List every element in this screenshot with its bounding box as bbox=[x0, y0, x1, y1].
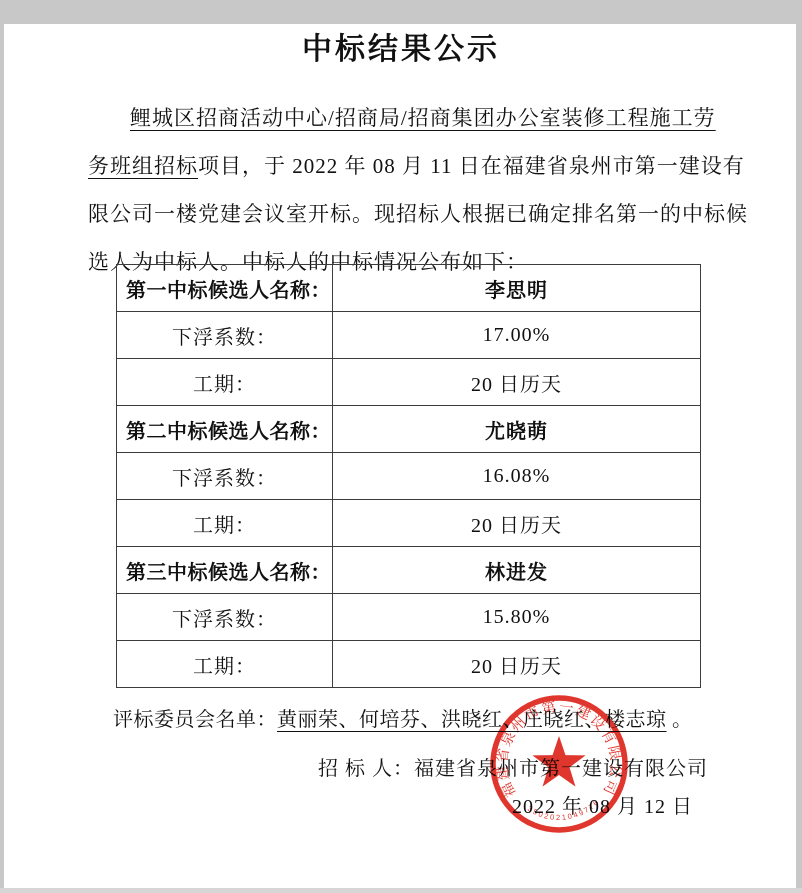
row-label: 工期： bbox=[117, 500, 333, 547]
row-value: 林进发 bbox=[333, 547, 701, 594]
row-value: 20 日历天 bbox=[333, 500, 701, 547]
row-value: 20 日历天 bbox=[333, 641, 701, 688]
row-value: 15.80% bbox=[333, 594, 701, 641]
row-label: 第一中标候选人名称： bbox=[117, 265, 333, 312]
project-name-underlined-cont: 务班组招标 bbox=[88, 154, 198, 178]
committee-label: 评标委员会名单： bbox=[113, 709, 277, 731]
row-value: 16.08% bbox=[333, 453, 701, 500]
table-row: 工期： 20 日历天 bbox=[117, 359, 701, 406]
paragraph-line-2-rest: 项目，于 2022 年 08 月 11 日在福建省泉州市第一建设有 bbox=[198, 154, 745, 178]
row-value: 17.00% bbox=[333, 312, 701, 359]
paragraph-line-1: 鲤城区招商活动中心/招商局/招商集团办公室装修工程施工劳 bbox=[130, 102, 716, 132]
committee-names: 黄丽荣、何培芬、洪晓红、庄晓红、楼志琼 bbox=[277, 709, 667, 731]
row-label: 下浮系数： bbox=[117, 453, 333, 500]
committee-line: 评标委员会名单：黄丽荣、何培芬、洪晓红、庄晓红、楼志琼 。 bbox=[113, 703, 693, 732]
bidder-label: 招 标 人： bbox=[318, 758, 414, 780]
table-row: 下浮系数： 15.80% bbox=[117, 594, 701, 641]
row-label: 工期： bbox=[117, 641, 333, 688]
table-row: 第一中标候选人名称： 李思明 bbox=[117, 265, 701, 312]
bidder-name: 福建省泉州市第一建设有限公司 bbox=[414, 758, 708, 780]
table-row: 工期： 20 日历天 bbox=[117, 500, 701, 547]
date-line: 2022 年 08 月 12 日 bbox=[512, 790, 693, 819]
row-value: 20 日历天 bbox=[333, 359, 701, 406]
table-row: 第三中标候选人名称： 林进发 bbox=[117, 547, 701, 594]
row-label: 第三中标候选人名称： bbox=[117, 547, 333, 594]
row-value: 李思明 bbox=[333, 265, 701, 312]
committee-suffix: 。 bbox=[667, 709, 693, 731]
table-row: 第二中标候选人名称： 尤晓萌 bbox=[117, 406, 701, 453]
paragraph-line-2: 务班组招标项目，于 2022 年 08 月 11 日在福建省泉州市第一建设有 bbox=[88, 150, 745, 180]
scan-edge-right bbox=[796, 0, 802, 893]
row-label: 下浮系数： bbox=[117, 594, 333, 641]
bid-result-table: 第一中标候选人名称： 李思明 下浮系数： 17.00% 工期： 20 日历天 第… bbox=[116, 264, 701, 688]
row-label: 工期： bbox=[117, 359, 333, 406]
scan-edge-top bbox=[0, 0, 802, 24]
paragraph-line-3: 限公司一楼党建会议室开标。现招标人根据已确定排名第一的中标候 bbox=[88, 198, 748, 228]
table-row: 工期： 20 日历天 bbox=[117, 641, 701, 688]
page-title: 中标结果公示 bbox=[0, 24, 802, 68]
scan-edge-left bbox=[0, 0, 4, 893]
scan-edge-bottom bbox=[0, 888, 802, 893]
table-row: 下浮系数： 16.08% bbox=[117, 453, 701, 500]
row-label: 第二中标候选人名称： bbox=[117, 406, 333, 453]
document-page: 中标结果公示 鲤城区招商活动中心/招商局/招商集团办公室装修工程施工劳 务班组招… bbox=[0, 0, 802, 893]
table-row: 下浮系数： 17.00% bbox=[117, 312, 701, 359]
bidder-line: 招 标 人：福建省泉州市第一建设有限公司 bbox=[318, 752, 708, 781]
project-name-underlined: 鲤城区招商活动中心/招商局/招商集团办公室装修工程施工劳 bbox=[130, 106, 716, 130]
row-value: 尤晓萌 bbox=[333, 406, 701, 453]
row-label: 下浮系数： bbox=[117, 312, 333, 359]
